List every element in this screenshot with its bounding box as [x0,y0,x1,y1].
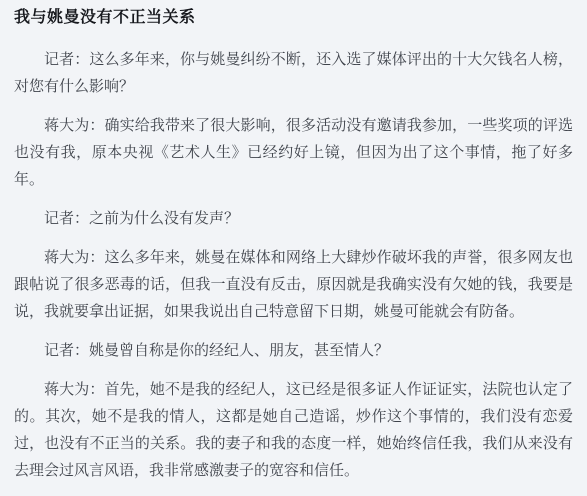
article-page: 我与姚曼没有不正当关系 记者：这么多年来，你与姚曼纠纷不断，还入选了媒体评出的十… [0,0,587,496]
paragraph-jiangdawei-answer-2: 蒋大为：这么多年来，姚曼在媒体和网络上大肆炒作破坏我的声誉，很多网友也跟帖说了很… [14,244,573,325]
paragraph-reporter-question-3: 记者：姚曼曾自称是你的经纪人、朋友，甚至情人？ [14,337,573,364]
paragraph-jiangdawei-answer-3: 蒋大为：首先，她不是我的经纪人，这已经是很多证人作证证实，法院也认定了的。其次，… [14,376,573,484]
article-title: 我与姚曼没有不正当关系 [14,6,573,28]
paragraph-jiangdawei-answer-1: 蒋大为：确实给我带来了很大影响，很多活动没有邀请我参加，一些奖项的评选也没有我，… [14,112,573,193]
paragraph-reporter-question-1: 记者：这么多年来，你与姚曼纠纷不断，还入选了媒体评出的十大欠钱名人榜，对您有什么… [14,46,573,100]
paragraph-reporter-question-2: 记者：之前为什么没有发声？ [14,205,573,232]
